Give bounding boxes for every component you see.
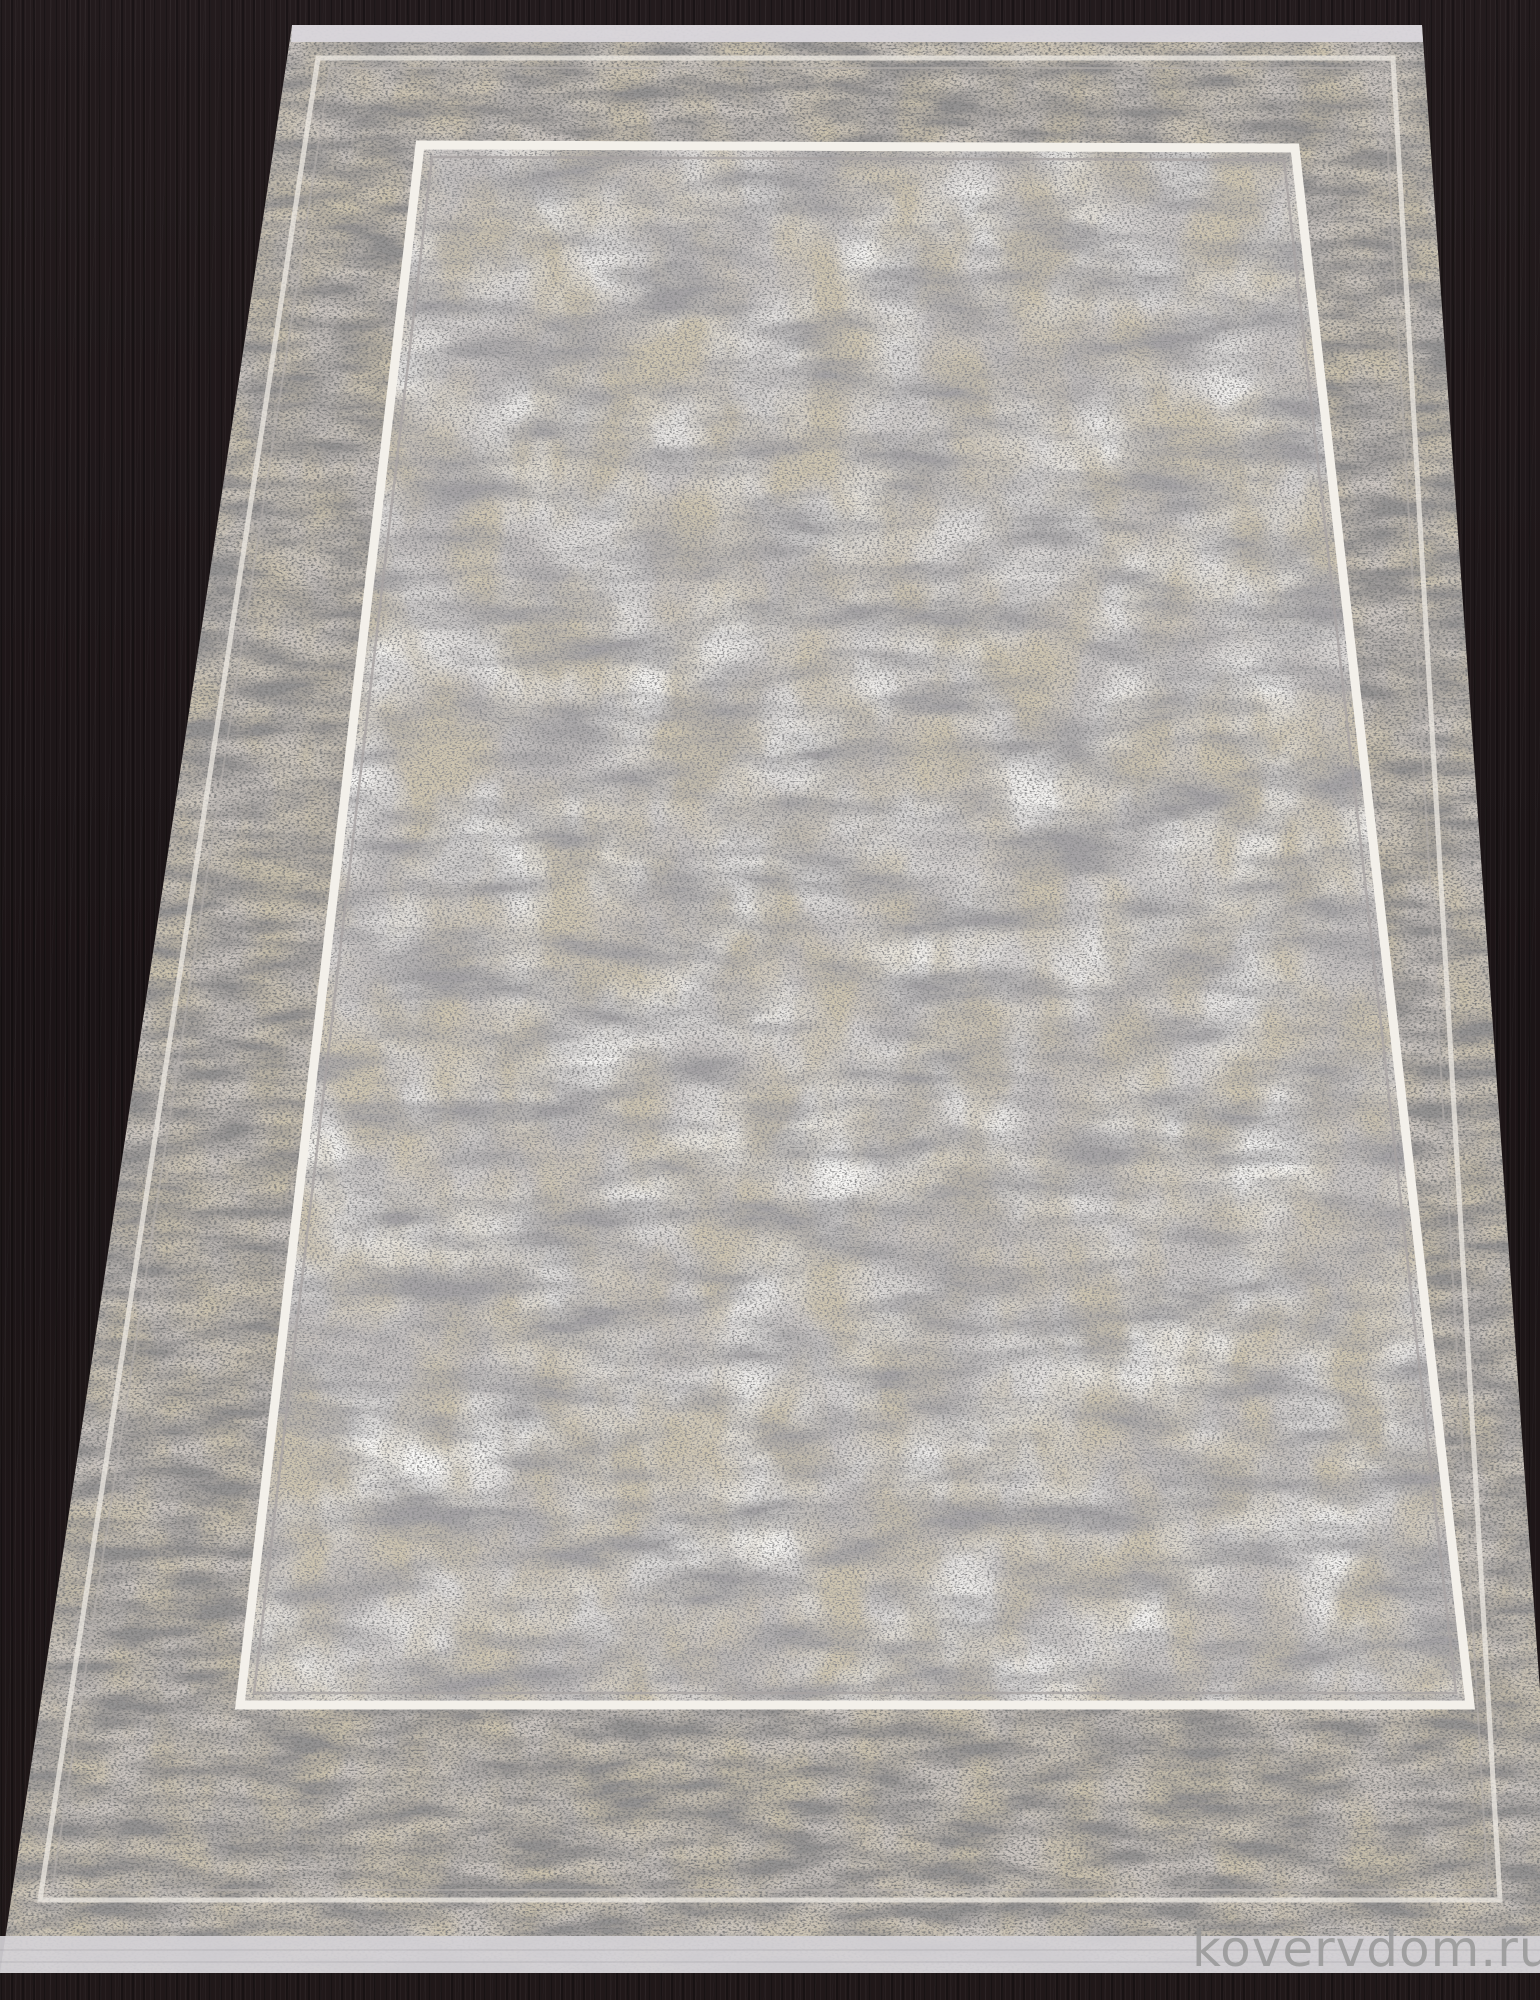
inner-field	[240, 145, 1470, 1705]
top-fringe	[291, 25, 1423, 42]
rug-illustration	[0, 0, 1540, 2000]
watermark-text: kovervdom.ru	[1192, 1924, 1540, 1974]
